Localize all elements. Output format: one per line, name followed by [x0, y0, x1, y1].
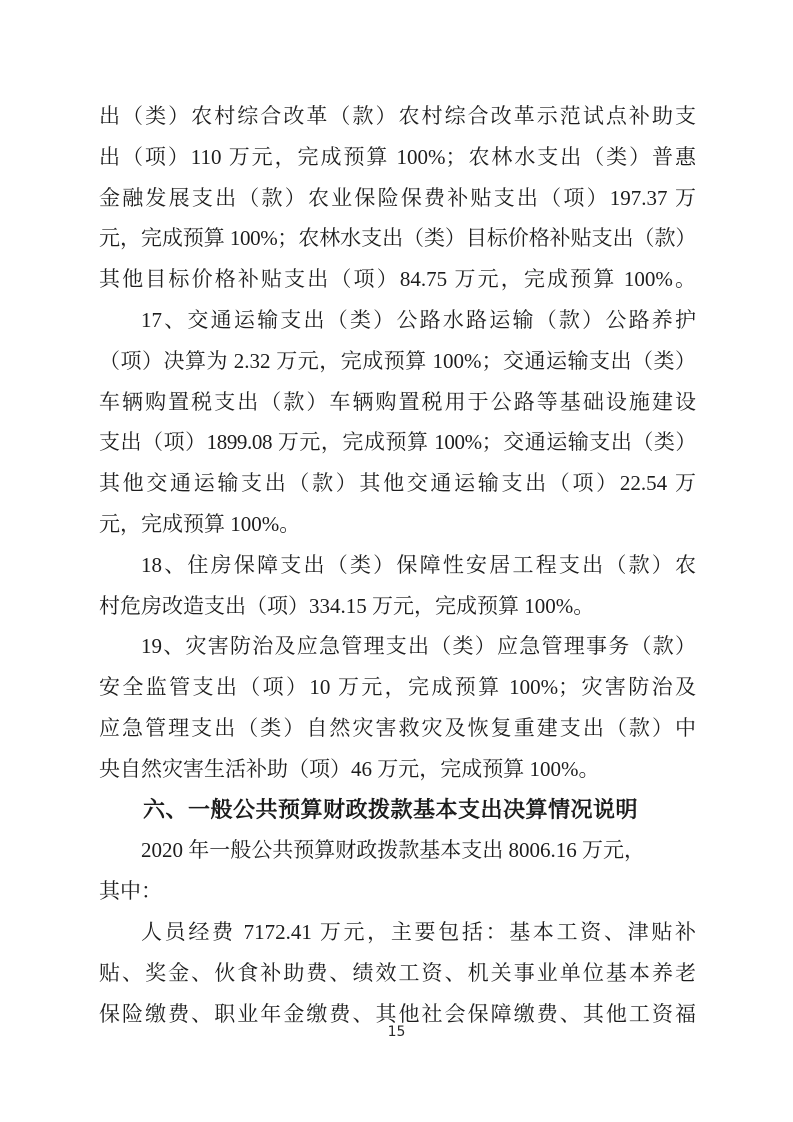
- text-line: 19、灾害防治及应急管理支出（类）应急管理事务（款）: [99, 626, 696, 667]
- document-body: 出（类）农村综合改革（款）农村综合改革示范试点补助支 出（项）110 万元，完成…: [99, 96, 696, 1034]
- text-line: 应急管理支出（类）自然灾害救灾及恢复重建支出（款）中: [99, 708, 696, 749]
- text-line: 支出（项）1899.08 万元，完成预算 100%；交通运输支出（类）: [99, 422, 696, 463]
- section-heading: 六、一般公共预算财政拨款基本支出决算情况说明: [99, 790, 696, 831]
- text-line: 金融发展支出（款）农业保险保费补贴支出（项）197.37 万: [99, 178, 696, 219]
- text-line: 人员经费 7172.41 万元，主要包括：基本工资、津贴补: [99, 912, 696, 953]
- text-line: 元，完成预算 100%。: [99, 504, 696, 545]
- text-line: 村危房改造支出（项）334.15 万元，完成预算 100%。: [99, 586, 696, 627]
- text-line: （项）决算为 2.32 万元，完成预算 100%；交通运输支出（类）: [99, 341, 696, 382]
- text-line: 其中：: [99, 871, 696, 912]
- text-line: 车辆购置税支出（款）车辆购置税用于公路等基础设施建设: [99, 382, 696, 423]
- text-line: 贴、奖金、伙食补助费、绩效工资、机关事业单位基本养老: [99, 953, 696, 994]
- document-page: 出（类）农村综合改革（款）农村综合改革示范试点补助支 出（项）110 万元，完成…: [0, 0, 793, 1122]
- text-line: 17、交通运输支出（类）公路水路运输（款）公路养护: [99, 300, 696, 341]
- text-line: 其他交通运输支出（款）其他交通运输支出（项）22.54 万: [99, 463, 696, 504]
- page-number: 15: [0, 1024, 793, 1040]
- text-line: 元，完成预算 100%；农林水支出（类）目标价格补贴支出（款）: [99, 218, 696, 259]
- text-line: 出（类）农村综合改革（款）农村综合改革示范试点补助支: [99, 96, 696, 137]
- text-line: 央自然灾害生活补助（项）46 万元，完成预算 100%。: [99, 749, 696, 790]
- text-line: 其他目标价格补贴支出（项）84.75 万元，完成预算 100%。: [99, 259, 696, 300]
- text-line: 安全监管支出（项）10 万元，完成预算 100%；灾害防治及: [99, 667, 696, 708]
- text-line: 出（项）110 万元，完成预算 100%；农林水支出（类）普惠: [99, 137, 696, 178]
- text-line: 2020 年一般公共预算财政拨款基本支出 8006.16 万元，: [99, 830, 696, 871]
- text-line: 18、住房保障支出（类）保障性安居工程支出（款）农: [99, 545, 696, 586]
